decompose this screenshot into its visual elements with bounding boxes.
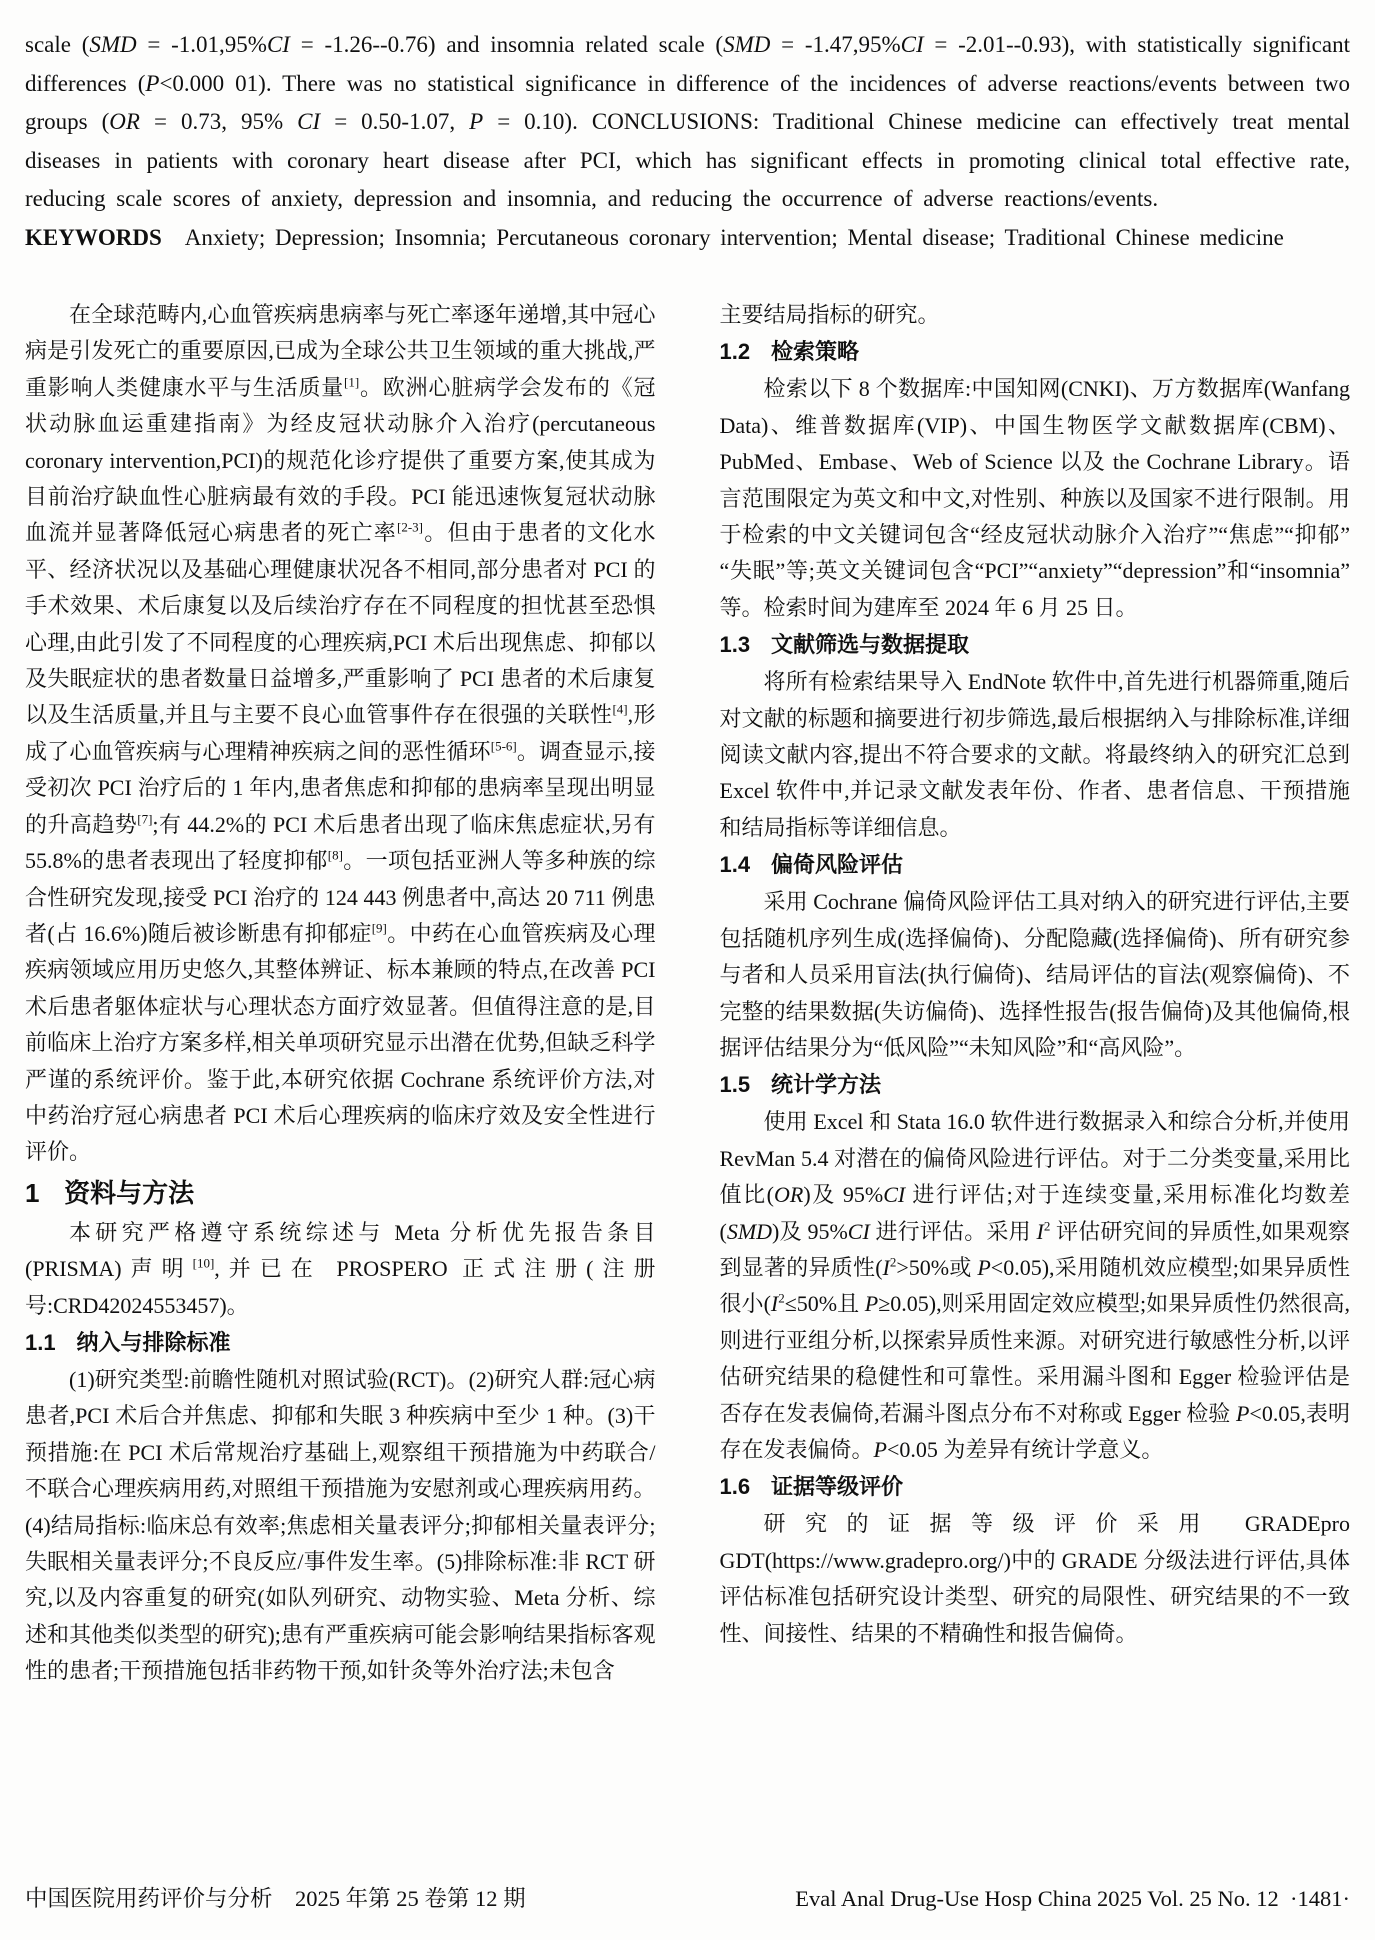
page-footer: 中国医院用药评价与分析 2025 年第 25 卷第 12 期 Eval Anal… — [25, 1884, 1350, 1914]
section-title: 文献筛选与数据提取 — [771, 632, 969, 657]
section-number: 1.5 — [720, 1072, 751, 1097]
paragraph-criteria-continuation: 主要结局指标的研究。 — [720, 297, 1351, 333]
section-number: 1 — [25, 1178, 39, 1208]
paragraph-search-strategy: 检索以下 8 个数据库:中国知网(CNKI)、万方数据库(Wanfang Dat… — [720, 371, 1351, 626]
section-heading-search-strategy: 1.2检索策略 — [720, 333, 1351, 371]
paragraph-introduction: 在全球范畴内,心血管疾病患病率与死亡率逐年递增,其中冠心病是引发死亡的重要原因,… — [25, 297, 656, 1171]
keywords-line: KEYWORDS Anxiety; Depression; Insomnia; … — [25, 219, 1350, 258]
paragraph-risk-of-bias: 采用 Cochrane 偏倚风险评估工具对纳入的研究进行评估,主要包括随机序列生… — [720, 884, 1351, 1066]
journal-page: scale (SMD = -1.01,95%CI = -1.26--0.76) … — [0, 0, 1375, 1940]
section-number: 1.3 — [720, 632, 751, 657]
section-number: 1.4 — [720, 852, 751, 877]
section-title: 纳入与排除标准 — [76, 1330, 230, 1355]
paragraph-statistics: 使用 Excel 和 Stata 16.0 软件进行数据录入和综合分析,并使用 … — [720, 1104, 1351, 1468]
footer-journal-title-cn: 中国医院用药评价与分析 2025 年第 25 卷第 12 期 — [25, 1884, 526, 1914]
english-abstract-block: scale (SMD = -1.01,95%CI = -1.26--0.76) … — [25, 26, 1350, 257]
section-title: 证据等级评价 — [771, 1474, 903, 1499]
section-title: 偏倚风险评估 — [771, 852, 903, 877]
section-number: 1.6 — [720, 1474, 751, 1499]
section-number: 1.2 — [720, 339, 751, 364]
left-column: 在全球范畴内,心血管疾病患病率与死亡率逐年递增,其中冠心病是引发死亡的重要原因,… — [25, 297, 656, 1793]
section-title: 资料与方法 — [64, 1178, 194, 1208]
section-heading-risk-of-bias: 1.4偏倚风险评估 — [720, 846, 1351, 884]
abstract-continuation-text: scale (SMD = -1.01,95%CI = -1.26--0.76) … — [25, 26, 1350, 219]
section-heading-statistical-methods: 1.5统计学方法 — [720, 1066, 1351, 1104]
section-heading-screening-extraction: 1.3文献筛选与数据提取 — [720, 626, 1351, 664]
section-heading-inclusion-exclusion: 1.1纳入与排除标准 — [25, 1324, 656, 1362]
section-title: 检索策略 — [771, 339, 859, 364]
section-heading-materials-methods: 1资料与方法 — [25, 1171, 656, 1215]
footer-journal-title-en: Eval Anal Drug-Use Hosp China 2025 Vol. … — [795, 1884, 1350, 1914]
paragraph-criteria: (1)研究类型:前瞻性随机对照试验(RCT)。(2)研究人群:冠心病患者,PCI… — [25, 1362, 656, 1690]
section-number: 1.1 — [25, 1330, 56, 1355]
section-title: 统计学方法 — [771, 1072, 881, 1097]
paragraph-grade: 研究的证据等级评价采用 GRADEpro GDT(https://www.gra… — [720, 1506, 1351, 1652]
section-heading-evidence-grading: 1.6证据等级评价 — [720, 1468, 1351, 1506]
paragraph-screening: 将所有检索结果导入 EndNote 软件中,首先进行机器筛重,随后对文献的标题和… — [720, 664, 1351, 846]
body-columns: 在全球范畴内,心血管疾病患病率与死亡率逐年递增,其中冠心病是引发死亡的重要原因,… — [25, 297, 1350, 1793]
paragraph-registration: 本研究严格遵守系统综述与 Meta 分析优先报告条目(PRISMA)声明[10]… — [25, 1215, 656, 1324]
right-column: 主要结局指标的研究。 1.2检索策略 检索以下 8 个数据库:中国知网(CNKI… — [720, 297, 1351, 1793]
